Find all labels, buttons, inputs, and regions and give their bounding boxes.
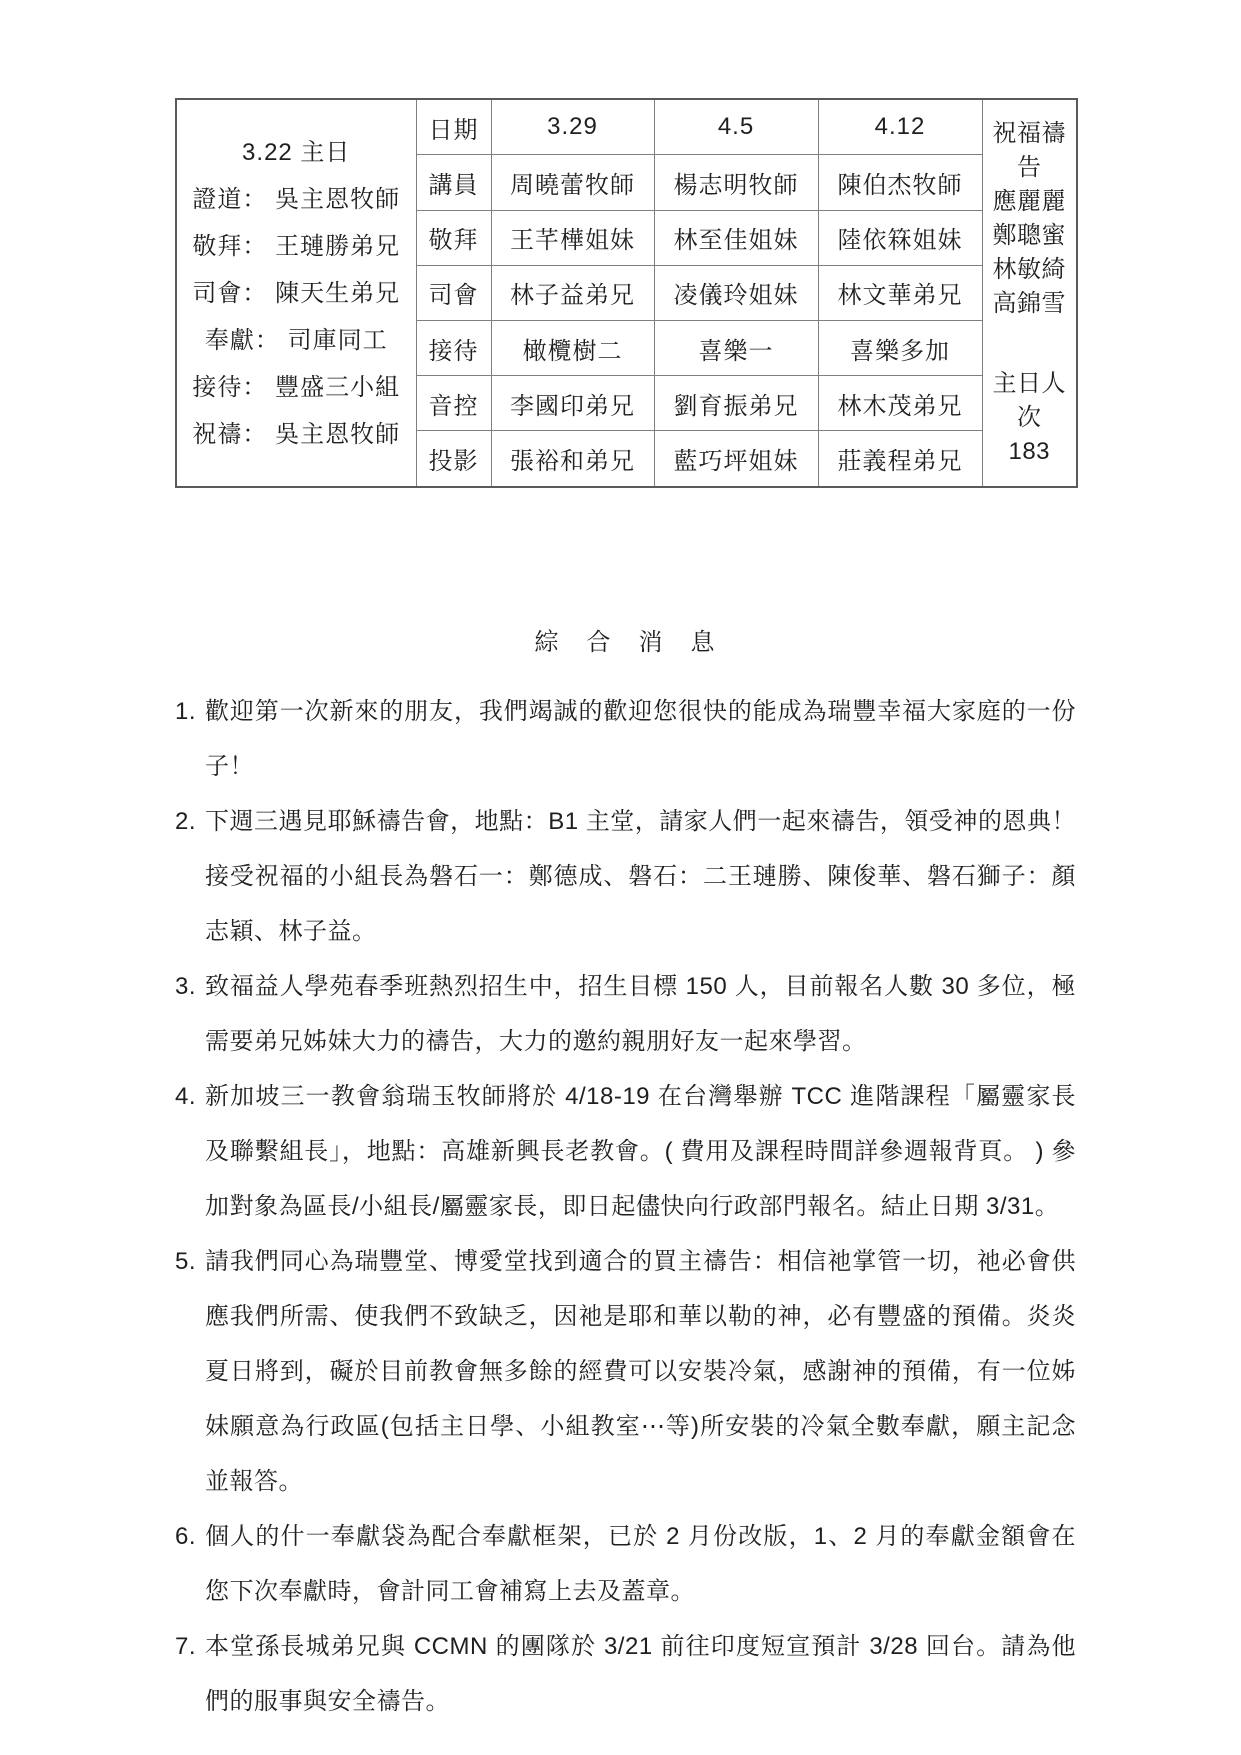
role-cell: 司會 xyxy=(416,265,491,320)
value-cell: 林子益弟兄 xyxy=(491,265,654,320)
current-sunday-line: 證道： 吳主恩牧師 xyxy=(177,176,416,223)
role-cell: 音控 xyxy=(416,376,491,431)
blessing-prayer-title: 祝福禱告 xyxy=(983,117,1077,185)
value-cell: 喜樂一 xyxy=(654,321,818,376)
value-cell: 喜樂多加 xyxy=(818,321,982,376)
news-item: 新加坡三一教會翁瑞玉牧師將於 4/18-19 在台灣舉辦 TCC 進階課程「屬靈… xyxy=(175,1069,1076,1234)
value-cell: 張裕和弟兄 xyxy=(491,431,654,487)
value-cell: 藍巧坪姐妹 xyxy=(654,431,818,487)
value-cell: 周曉蕾牧師 xyxy=(491,155,654,210)
news-item: 本堂孫長城弟兄與 CCMN 的團隊於 3/21 前往印度短宣預計 3/28 回台… xyxy=(175,1619,1076,1729)
header-cell-role: 日期 xyxy=(416,99,491,155)
news-section-title: 綜 合 消 息 xyxy=(175,628,1076,658)
current-sunday-line: 敬拜： 王璉勝弟兄 xyxy=(177,223,416,270)
attendance-block: 主日人次 183 xyxy=(983,367,1077,469)
value-cell: 楊志明牧師 xyxy=(654,155,818,210)
value-cell: 劉育振弟兄 xyxy=(654,376,818,431)
current-sunday-title: 3.22 主日 xyxy=(177,129,416,176)
header-cell-date: 3.29 xyxy=(491,99,654,155)
current-sunday-line: 接待： 豐盛三小組 xyxy=(177,364,416,411)
table-row-dates: 3.22 主日 證道： 吳主恩牧師 敬拜： 王璉勝弟兄 司會： 陳天生弟兄 奉獻… xyxy=(176,99,1077,155)
role-cell: 敬拜 xyxy=(416,210,491,265)
role-cell: 投影 xyxy=(416,431,491,487)
news-item: 請我們同心為瑞豐堂、博愛堂找到適合的買主禱告：相信祂掌管一切，祂必會供應我們所需… xyxy=(175,1234,1076,1509)
value-cell: 林木茂弟兄 xyxy=(818,376,982,431)
news-item: 歡迎第一次新來的朋友，我們竭誠的歡迎您很快的能成為瑞豐幸福大家庭的一份子！ xyxy=(175,684,1076,794)
blessing-prayer-name: 高錦雪 xyxy=(983,287,1077,321)
value-cell: 橄欖樹二 xyxy=(491,321,654,376)
current-sunday-line: 奉獻： 司庫同工 xyxy=(177,317,416,364)
value-cell: 李國印弟兄 xyxy=(491,376,654,431)
blessing-prayer-name: 應麗麗 xyxy=(983,185,1077,219)
value-cell: 王芊樺姐妹 xyxy=(491,210,654,265)
news-list: 歡迎第一次新來的朋友，我們竭誠的歡迎您很快的能成為瑞豐幸福大家庭的一份子！ 下週… xyxy=(175,684,1076,1729)
page-content: 3.22 主日 證道： 吳主恩牧師 敬拜： 王璉勝弟兄 司會： 陳天生弟兄 奉獻… xyxy=(0,0,1241,1729)
value-cell: 凌儀玲姐妹 xyxy=(654,265,818,320)
role-cell: 講員 xyxy=(416,155,491,210)
attendance-label: 主日人次 xyxy=(983,367,1077,435)
value-cell: 林至佳姐妹 xyxy=(654,210,818,265)
header-cell-date: 4.5 xyxy=(654,99,818,155)
news-item: 致福益人學苑春季班熱烈招生中，招生目標 150 人，目前報名人數 30 多位，極… xyxy=(175,959,1076,1069)
current-sunday-line: 司會： 陳天生弟兄 xyxy=(177,270,416,317)
current-sunday-line: 祝禱： 吳主恩牧師 xyxy=(177,411,416,458)
service-schedule-table: 3.22 主日 證道： 吳主恩牧師 敬拜： 王璉勝弟兄 司會： 陳天生弟兄 奉獻… xyxy=(175,98,1078,488)
news-item: 下週三遇見耶穌禱告會，地點：B1 主堂，請家人們一起來禱告，領受神的恩典！接受祝… xyxy=(175,794,1076,959)
news-item: 個人的什一奉獻袋為配合奉獻框架，已於 2 月份改版，1、2 月的奉獻金額會在您下… xyxy=(175,1509,1076,1619)
value-cell: 林文華弟兄 xyxy=(818,265,982,320)
header-cell-date: 4.12 xyxy=(818,99,982,155)
blessing-prayer-name: 林敏綺 xyxy=(983,253,1077,287)
blessing-prayer-name: 鄭聰蜜 xyxy=(983,219,1077,253)
value-cell: 莊義程弟兄 xyxy=(818,431,982,487)
current-sunday-panel: 3.22 主日 證道： 吳主恩牧師 敬拜： 王璉勝弟兄 司會： 陳天生弟兄 奉獻… xyxy=(176,99,416,487)
value-cell: 陸依箖姐妹 xyxy=(818,210,982,265)
blessing-attendance-panel: 祝福禱告 應麗麗 鄭聰蜜 林敏綺 高錦雪 主日人次 183 xyxy=(982,99,1077,487)
value-cell: 陳伯杰牧師 xyxy=(818,155,982,210)
attendance-count: 183 xyxy=(983,435,1077,469)
bulletin-page: 3.22 主日 證道： 吳主恩牧師 敬拜： 王璉勝弟兄 司會： 陳天生弟兄 奉獻… xyxy=(0,0,1241,1755)
role-cell: 接待 xyxy=(416,321,491,376)
